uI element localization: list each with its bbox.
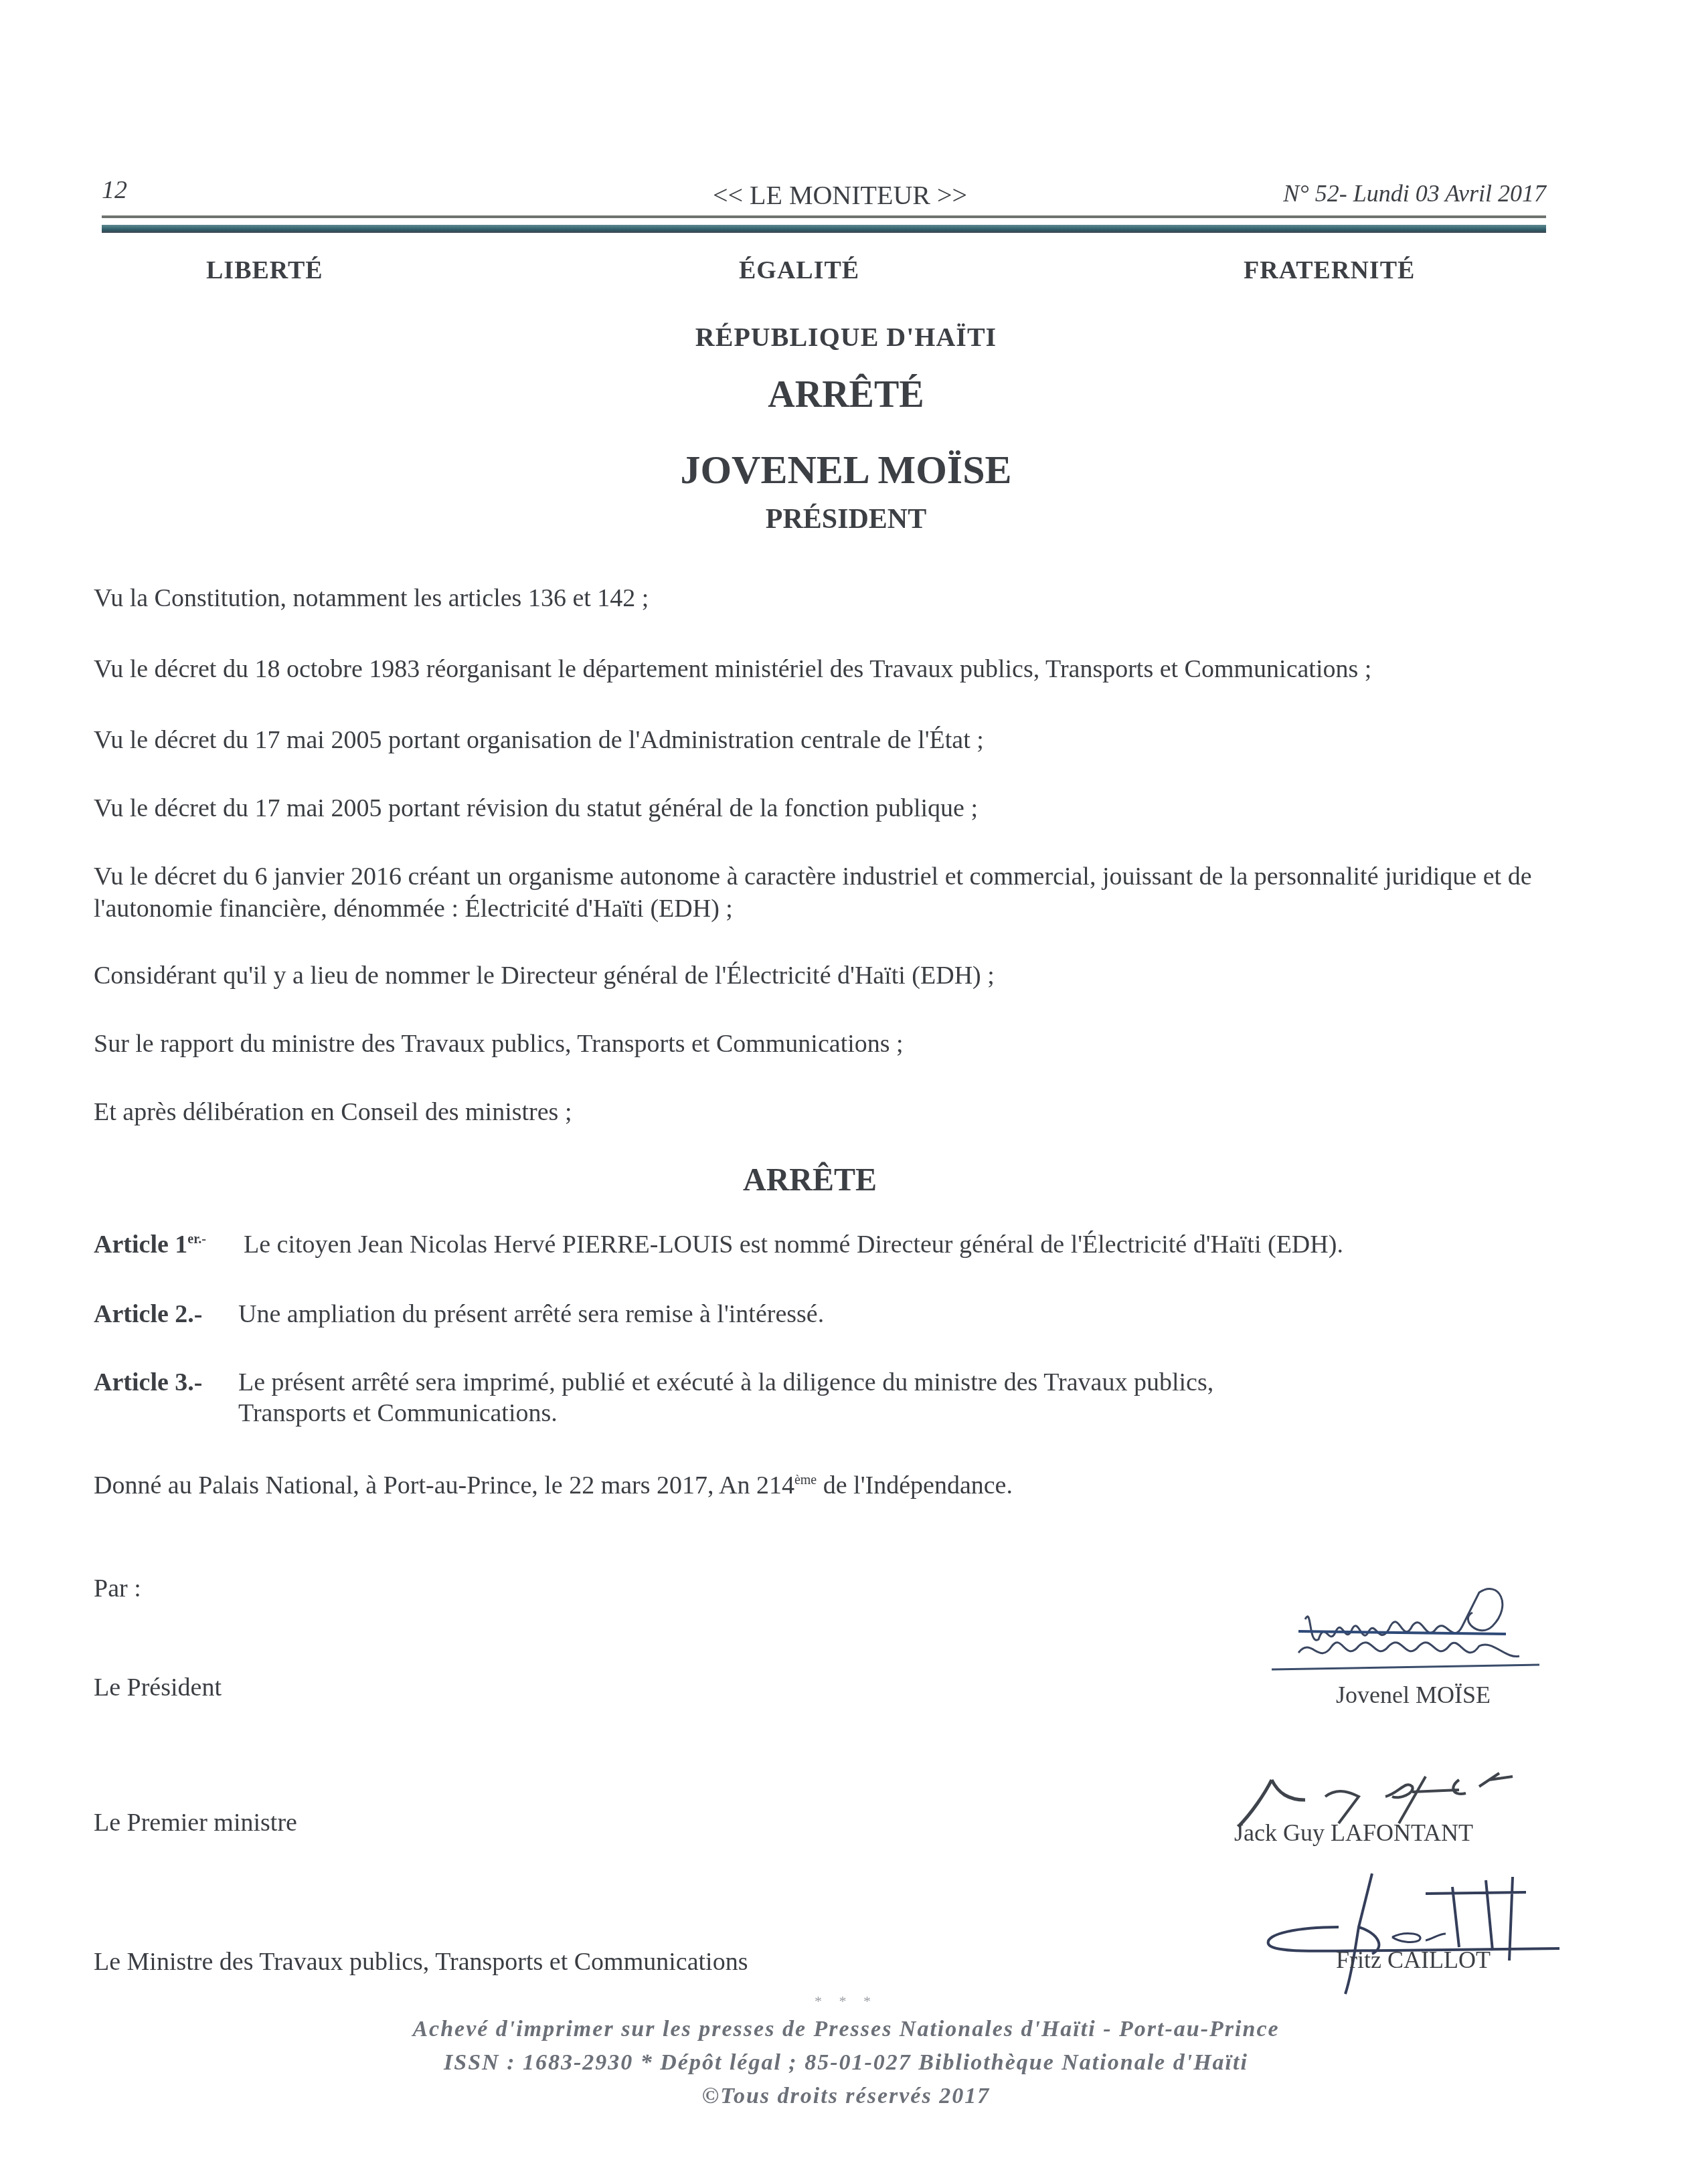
signatory-minister: Fritz CAILLOT [1336, 1946, 1491, 1974]
signatory-prime-minister: Jack Guy LAFONTANT [1234, 1819, 1473, 1847]
preamble-item: Vu le décret du 17 mai 2005 portant orga… [94, 725, 984, 755]
article-2: Article 2.- Une ampliation du présent ar… [94, 1299, 1633, 1329]
header-rule-thick [102, 225, 1546, 233]
preamble-item: Vu la Constitution, notamment les articl… [94, 583, 649, 613]
header-rule-thin [102, 215, 1546, 218]
president-name: JOVENEL MOÏSE [0, 447, 1692, 493]
article-text: Le présent arrêté sera imprimé, publié e… [238, 1368, 1213, 1397]
preamble-item: Vu le décret du 17 mai 2005 portant révi… [94, 794, 978, 823]
republique-heading: RÉPUBLIQUE D'HAÏTI [0, 321, 1692, 353]
signatory-president: Jovenel MOÏSE [1336, 1681, 1491, 1709]
preamble-item: Considérant qu'il y a lieu de nommer le … [94, 961, 995, 990]
preamble-item: Vu le décret du 18 octobre 1983 réorgani… [94, 654, 1371, 684]
preamble-item: Et après délibération en Conseil des min… [94, 1097, 572, 1127]
article-1: Article 1er.- Le citoyen Jean Nicolas He… [94, 1230, 1633, 1259]
footer-issn: ISSN : 1683-2930 * Dépôt légal ; 85-01-0… [0, 2050, 1692, 2076]
role-minister-tptc: Le Ministre des Travaux publics, Transpo… [94, 1947, 748, 1977]
footer-printer: Achevé d'imprimer sur les presses de Pre… [0, 2017, 1692, 2042]
motto-liberte: LIBERTÉ [206, 256, 323, 285]
article-3: Article 3.- Le présent arrêté sera impri… [94, 1368, 1633, 1435]
role-president: Le Président [94, 1673, 222, 1702]
signature-minister-icon [1258, 1867, 1566, 1994]
article-text: Le citoyen Jean Nicolas Hervé PIERRE-LOU… [244, 1230, 1343, 1259]
article-label: Article 3.- [94, 1368, 202, 1396]
signature-president-icon [1258, 1579, 1553, 1686]
article-text-continued: Transports et Communications. [238, 1398, 558, 1428]
footer-separator: * * * [0, 1993, 1692, 2010]
motto-egalite: ÉGALITÉ [739, 256, 859, 285]
decree-heading: ARRÊTE [0, 1162, 1620, 1198]
par-label: Par : [94, 1574, 141, 1603]
issue-date: N° 52- Lundi 03 Avril 2017 [1283, 179, 1546, 207]
article-label: Article 1er.- [94, 1231, 206, 1259]
president-title: PRÉSIDENT [0, 503, 1692, 535]
motto-fraternite: FRATERNITÉ [1244, 256, 1415, 285]
preamble-item: Sur le rapport du ministre des Travaux p… [94, 1029, 904, 1059]
given-at: Donné au Palais National, à Port-au-Prin… [94, 1471, 1013, 1500]
arrete-title: ARRÊTÉ [0, 373, 1692, 416]
footer-copyright: ©Tous droits réservés 2017 [0, 2084, 1692, 2109]
article-text: Une ampliation du présent arrêté sera re… [238, 1299, 824, 1329]
preamble-item: Vu le décret du 6 janvier 2016 créant un… [94, 860, 1553, 925]
article-label: Article 2.- [94, 1300, 202, 1328]
role-prime-minister: Le Premier ministre [94, 1808, 297, 1837]
